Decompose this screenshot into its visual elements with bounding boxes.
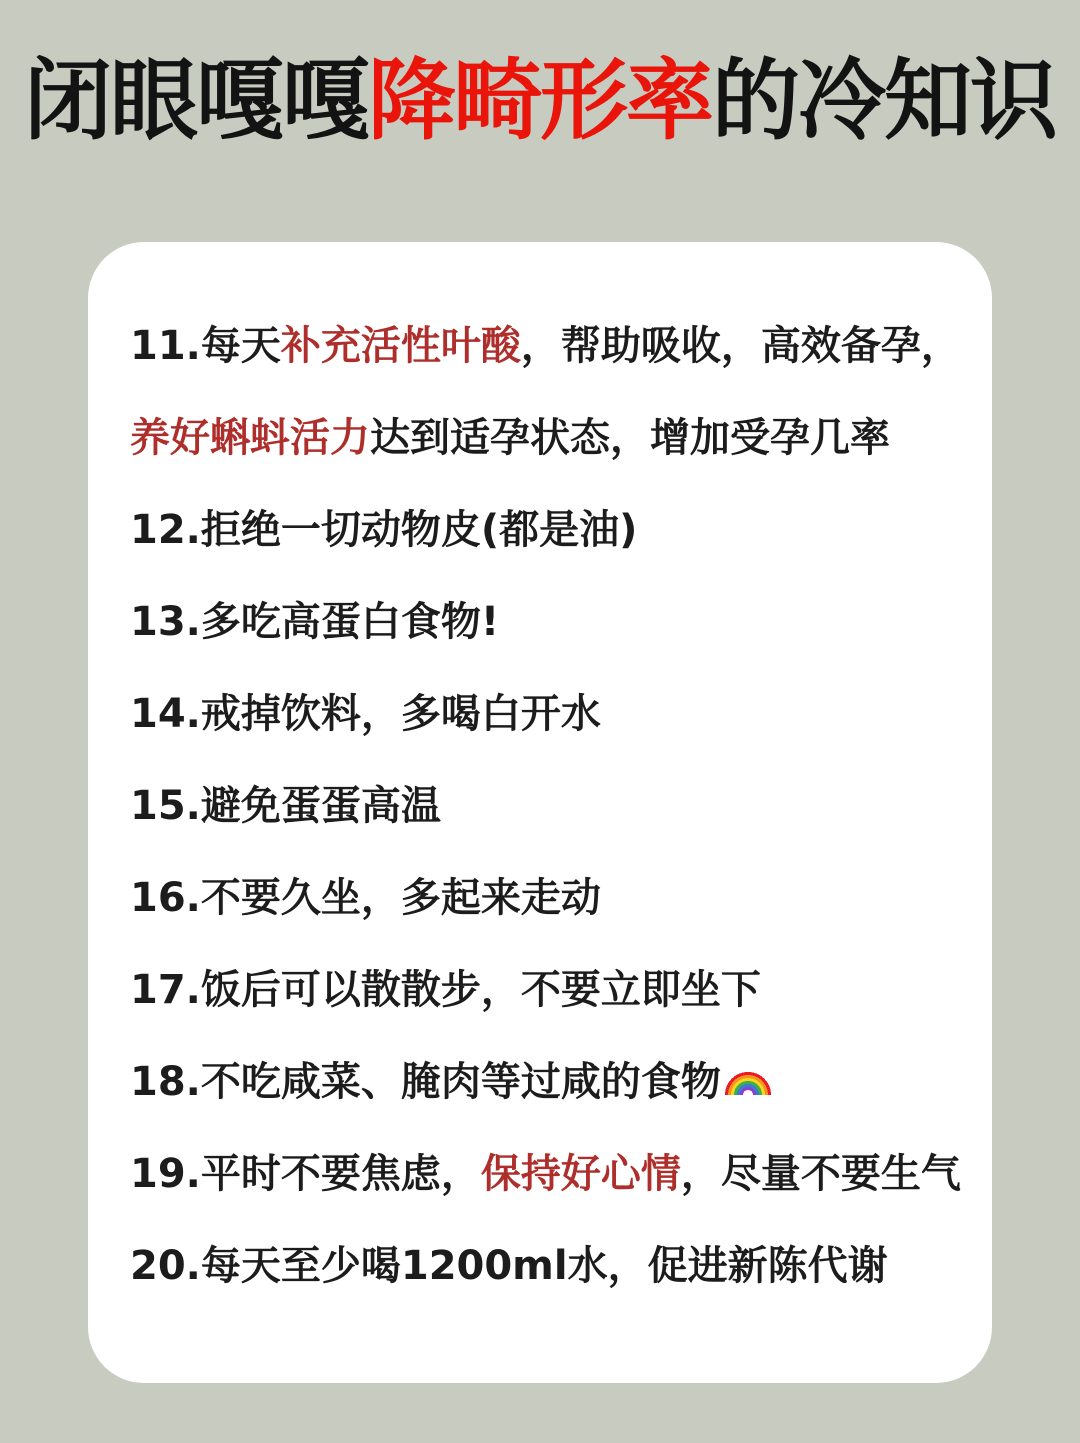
tip-item-11: 11.每天补充活性叶酸，帮助吸收，高效备孕，养好蝌蚪活力达到适孕状态，增加受孕几… [130, 300, 964, 484]
tip-text-segment: 19.平时不要焦虑， [130, 1151, 481, 1197]
tips-card: 11.每天补充活性叶酸，帮助吸收，高效备孕，养好蝌蚪活力达到适孕状态，增加受孕几… [88, 242, 992, 1383]
tip-text-segment: 20.每天至少喝1200ml水，促进新陈代谢 [130, 1243, 888, 1289]
tip-text-segment: 18.不吃咸菜、腌肉等过咸的食物 [130, 1059, 721, 1105]
tip-item-18: 18.不吃咸菜、腌肉等过咸的食物 [130, 1036, 964, 1128]
tip-item-20: 20.每天至少喝1200ml水，促进新陈代谢 [130, 1220, 964, 1312]
page-title: 闭眼嘎嘎降畸形率的冷知识 [0, 0, 1080, 160]
tip-text-segment: 15.避免蛋蛋高温 [130, 783, 441, 829]
title-segment: 闭眼嘎嘎 [24, 49, 368, 152]
title-segment: 降畸形率 [368, 49, 712, 152]
title-segment: 的冷知识 [712, 49, 1056, 152]
tip-item-12: 12.拒绝一切动物皮(都是油) [130, 484, 964, 576]
tip-item-17: 17.饭后可以散散步，不要立即坐下 [130, 944, 964, 1036]
tip-item-15: 15.避免蛋蛋高温 [130, 760, 964, 852]
tip-text-segment: 12.拒绝一切动物皮(都是油) [130, 507, 637, 553]
tip-text-segment: ，帮助吸收，高效备孕， [521, 323, 961, 369]
tip-item-13: 13.多吃高蛋白食物! [130, 576, 964, 668]
tip-text-segment: 养好蝌蚪活力 [130, 415, 370, 461]
tip-item-16: 16.不要久坐，多起来走动 [130, 852, 964, 944]
tip-text-segment: 17.饭后可以散散步，不要立即坐下 [130, 967, 761, 1013]
tip-text-segment: 13.多吃高蛋白食物! [130, 599, 499, 645]
rainbow-emoji [725, 1070, 771, 1095]
infographic-page: 闭眼嘎嘎降畸形率的冷知识 11.每天补充活性叶酸，帮助吸收，高效备孕，养好蝌蚪活… [0, 0, 1080, 1443]
tip-text-segment: 11.每天 [130, 323, 281, 369]
tip-text-segment: 14.戒掉饮料，多喝白开水 [130, 691, 601, 737]
tip-text-segment: 16.不要久坐，多起来走动 [130, 875, 601, 921]
tips-list: 11.每天补充活性叶酸，帮助吸收，高效备孕，养好蝌蚪活力达到适孕状态，增加受孕几… [88, 242, 992, 1312]
tip-item-19: 19.平时不要焦虑，保持好心情，尽量不要生气 [130, 1128, 964, 1220]
tip-text-segment: 达到适孕状态，增加受孕几率 [370, 415, 890, 461]
tip-item-14: 14.戒掉饮料，多喝白开水 [130, 668, 964, 760]
tip-text-segment: 补充活性叶酸 [281, 323, 521, 369]
tip-text-segment: ，尽量不要生气 [681, 1151, 961, 1197]
tip-text-segment: 保持好心情 [481, 1151, 681, 1197]
